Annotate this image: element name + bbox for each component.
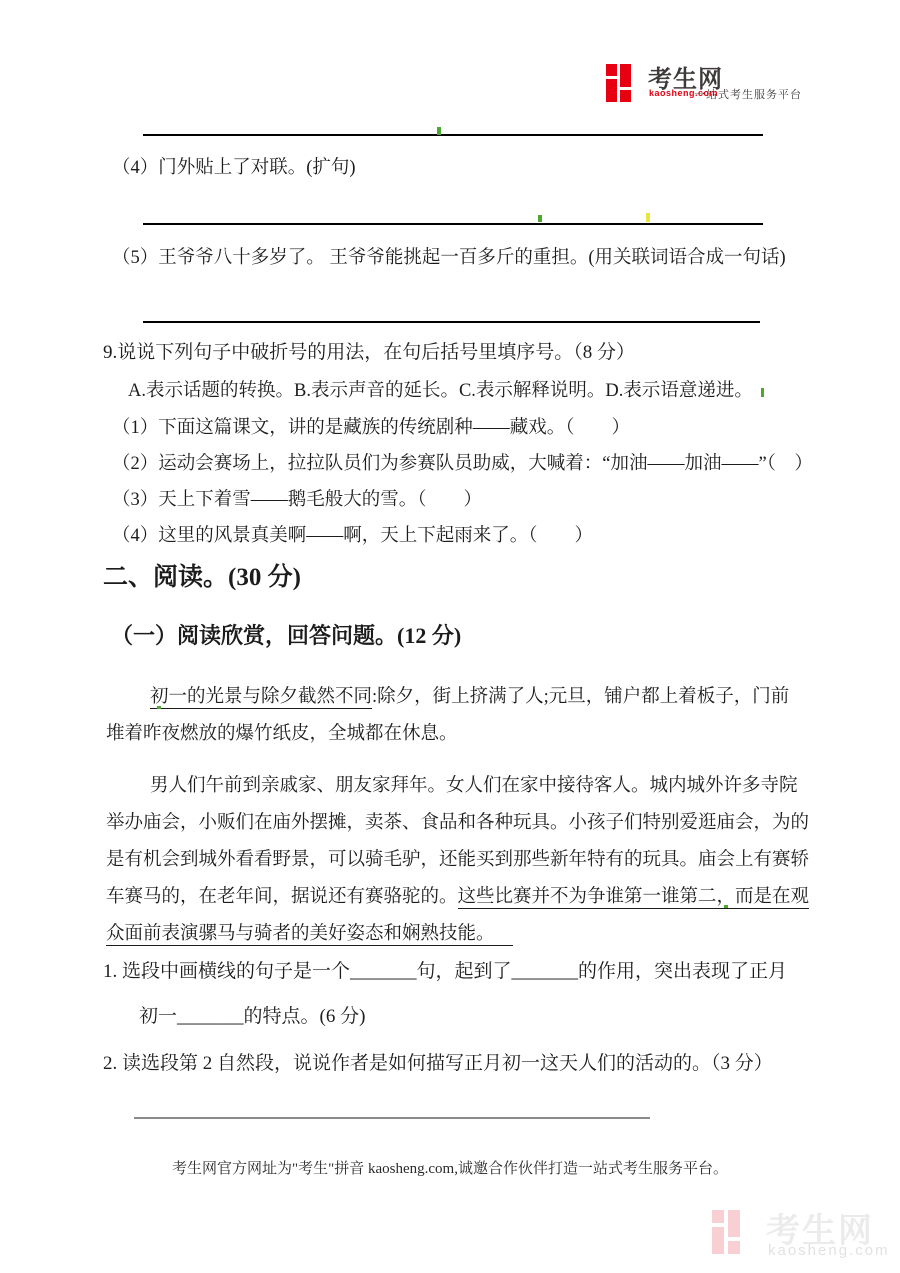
watermark-domain-text: kaosheng.com [768, 1242, 890, 1259]
underlined-sentence: 这些比赛并不为争谁第一谁第二，而是在观 [458, 887, 810, 909]
passage-p2-line5: 众面前表演骡马与骑者的美好姿态和娴熟技能。 [106, 923, 513, 946]
logo-block [606, 64, 617, 76]
logo-block [728, 1241, 740, 1254]
kaosheng-logo: 考生网 kaosheng.com 一站式考生服务平台 [606, 60, 806, 108]
footer-note: 考生网官方网址为"考生"拼音 kaosheng.com,诚邀合作伙伴打造一站式考… [0, 1157, 900, 1178]
passage-p2-line4: 车赛马的，在老年间，据说还有赛骆驼的。这些比赛并不为争谁第一谁第二，而是在观 [106, 886, 809, 909]
answer-line [143, 321, 760, 323]
answer-blank-line [134, 1117, 650, 1119]
question-item-4: （4）门外贴上了对联。(扩句) [112, 157, 356, 180]
logo-block [728, 1210, 740, 1237]
exam-page: 考生网 kaosheng.com 一站式考生服务平台 （4）门外贴上了对联。(扩… [0, 0, 900, 1273]
logo-block [712, 1210, 724, 1223]
answer-line [143, 134, 763, 136]
reading-question-1-line2: 初一_______的特点。(6 分) [139, 1005, 365, 1029]
passage-p1-line2: 堆着昨夜燃放的爆竹纸皮，全城都在休息。 [106, 723, 458, 746]
artifact-mark [646, 213, 650, 222]
underlined-sentence: 初一的光景与除夕截然不同 [150, 687, 372, 709]
reading-question-2: 2. 读选段第 2 自然段，说说作者是如何描写正月初一这天人们的活动的。（3 分… [103, 1052, 773, 1076]
question-9-title: 9.说说下列句子中破折号的用法，在句后括号里填序号。（8 分） [103, 341, 635, 365]
question-item-5: （5）王爷爷八十多岁了。 王爷爷能挑起一百多斤的重担。(用关联词语合成一句话) [112, 247, 786, 270]
passage-p2-line3: 是有机会到城外看看野景，可以骑毛驴，还能买到那些新年特有的玩具。庙会上有赛轿 [106, 849, 809, 872]
underlined-sentence: 众面前表演骡马与骑者的美好姿态和娴熟技能。 [106, 924, 513, 946]
artifact-mark [538, 215, 542, 222]
part-title: （一）阅读欣赏，回答问题。(12 分) [111, 622, 461, 650]
passage-p1-line1: 初一的光景与除夕截然不同:除夕，街上挤满了人;元旦，铺户都上着板子，门前 [106, 686, 789, 709]
passage-p2-line2: 举办庙会，小贩们在庙外摆摊，卖茶、食品和各种玩具。小孩子们特别爱逛庙会，为的 [106, 812, 809, 835]
logo-block [620, 90, 631, 102]
question-9-options: A.表示话题的转换。B.表示声音的延长。C.表示解释说明。D.表示语意递进。 [128, 380, 753, 403]
answer-line [143, 223, 763, 225]
reading-question-1-line1: 1. 选段中画横线的句子是一个_______句，起到了_______的作用，突出… [103, 960, 787, 984]
artifact-mark [157, 706, 161, 709]
passage-p2-line1: 男人们午前到亲戚家、朋友家拜年。女人们在家中接待客人。城内城外许多寺院 [106, 775, 798, 798]
kaosheng-watermark: 考生网 kaosheng.com [712, 1206, 892, 1262]
question-9-item-1: （1）下面这篇课文，讲的是藏族的传统剧种——藏戏。（ ） [112, 417, 630, 440]
artifact-mark [761, 388, 764, 397]
logo-tagline: 一站式考生服务平台 [694, 86, 802, 102]
logo-block [712, 1227, 724, 1254]
logo-block [606, 79, 617, 102]
passage-text: :除夕，街上挤满了人;元旦，铺户都上着板子，门前 [372, 687, 789, 707]
artifact-mark [437, 127, 441, 135]
question-9-item-3: （3）天上下着雪——鹅毛般大的雪。（ ） [112, 489, 482, 512]
passage-text: 车赛马的，在老年间，据说还有赛骆驼的。 [106, 887, 458, 907]
question-9-item-4: （4）这里的风景真美啊——啊，天上下起雨来了。（ ） [112, 525, 593, 548]
logo-block [620, 64, 631, 87]
section-title: 二、阅读。(30 分) [103, 562, 301, 593]
question-9-item-2: （2）运动会赛场上，拉拉队员们为参赛队员助威，大喊着：“加油——加油——”（ ） [112, 453, 813, 476]
